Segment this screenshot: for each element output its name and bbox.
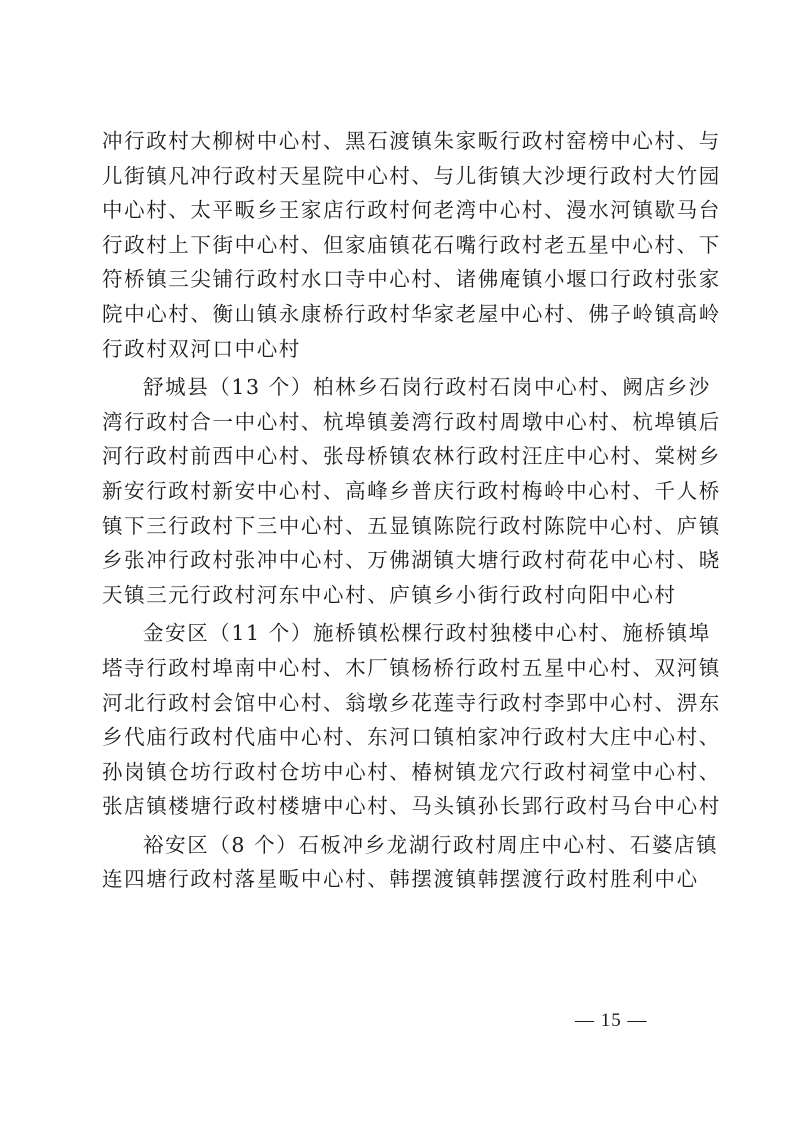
text-line: 天镇三元行政村河东中心村、庐镇乡小街行政村向阳中心村 bbox=[102, 578, 696, 613]
text-line: 湾行政村合一中心村、杭埠镇姜湾行政村周墩中心村、杭埠镇后 bbox=[102, 405, 696, 440]
text-line: 河北行政村会馆中心村、翁墩乡花莲寺行政村李郢中心村、淠东 bbox=[102, 686, 696, 721]
text-line: 冲行政村大柳树中心村、黑石渡镇朱家畈行政村窑榜中心村、与 bbox=[102, 124, 696, 159]
text-line: 镇下三行政村下三中心村、五显镇陈院行政村陈院中心村、庐镇 bbox=[102, 509, 696, 544]
text-line: 裕安区（8 个）石板冲乡龙湖行政村周庄中心村、石婆店镇 bbox=[102, 828, 696, 863]
text-line: 乡张冲行政村张冲中心村、万佛湖镇大塘行政村荷花中心村、晓 bbox=[102, 543, 696, 578]
text-line: 舒城县（13 个）柏林乡石岗行政村石岗中心村、阙店乡沙 bbox=[102, 370, 696, 405]
paragraph-shucheng-county: 舒城县（13 个）柏林乡石岗行政村石岗中心村、阙店乡沙 湾行政村合一中心村、杭埠… bbox=[102, 370, 696, 612]
text-line: 乡代庙行政村代庙中心村、东河口镇柏家冲行政村大庄中心村、 bbox=[102, 720, 696, 755]
document-page: 冲行政村大柳树中心村、黑石渡镇朱家畈行政村窑榜中心村、与 儿街镇凡冲行政村天星院… bbox=[102, 124, 696, 897]
paragraph-jinan-district: 金安区（11 个）施桥镇松棵行政村独楼中心村、施桥镇埠 塔寺行政村埠南中心村、木… bbox=[102, 616, 696, 824]
text-line: 金安区（11 个）施桥镇松棵行政村独楼中心村、施桥镇埠 bbox=[102, 616, 696, 651]
text-line: 行政村上下街中心村、但家庙镇花石嘴行政村老五星中心村、下 bbox=[102, 228, 696, 263]
text-line: 张店镇楼塘行政村楼塘中心村、马头镇孙长郢行政村马台中心村 bbox=[102, 789, 696, 824]
text-line: 符桥镇三尖铺行政村水口寺中心村、诸佛庵镇小堰口行政村张家 bbox=[102, 262, 696, 297]
text-line: 行政村双河口中心村 bbox=[102, 332, 696, 367]
text-line: 儿街镇凡冲行政村天星院中心村、与儿街镇大沙埂行政村大竹园 bbox=[102, 159, 696, 194]
text-line: 新安行政村新安中心村、高峰乡普庆行政村梅岭中心村、千人桥 bbox=[102, 474, 696, 509]
text-line: 河行政村前西中心村、张母桥镇农林行政村汪庄中心村、棠树乡 bbox=[102, 439, 696, 474]
text-line: 孙岗镇仓坊行政村仓坊中心村、椿树镇龙穴行政村祠堂中心村、 bbox=[102, 755, 696, 790]
paragraph-continued-list: 冲行政村大柳树中心村、黑石渡镇朱家畈行政村窑榜中心村、与 儿街镇凡冲行政村天星院… bbox=[102, 124, 696, 366]
text-line: 塔寺行政村埠南中心村、木厂镇杨桥行政村五星中心村、双河镇 bbox=[102, 651, 696, 686]
page-number: — 15 — bbox=[575, 1010, 648, 1032]
text-line: 中心村、太平畈乡王家店行政村何老湾中心村、漫水河镇歇马台 bbox=[102, 193, 696, 228]
paragraph-yuan-district: 裕安区（8 个）石板冲乡龙湖行政村周庄中心村、石婆店镇 连四塘行政村落星畈中心村… bbox=[102, 828, 696, 897]
text-line: 连四塘行政村落星畈中心村、韩摆渡镇韩摆渡行政村胜利中心 bbox=[102, 862, 696, 897]
text-line: 院中心村、衡山镇永康桥行政村华家老屋中心村、佛子岭镇高岭 bbox=[102, 297, 696, 332]
